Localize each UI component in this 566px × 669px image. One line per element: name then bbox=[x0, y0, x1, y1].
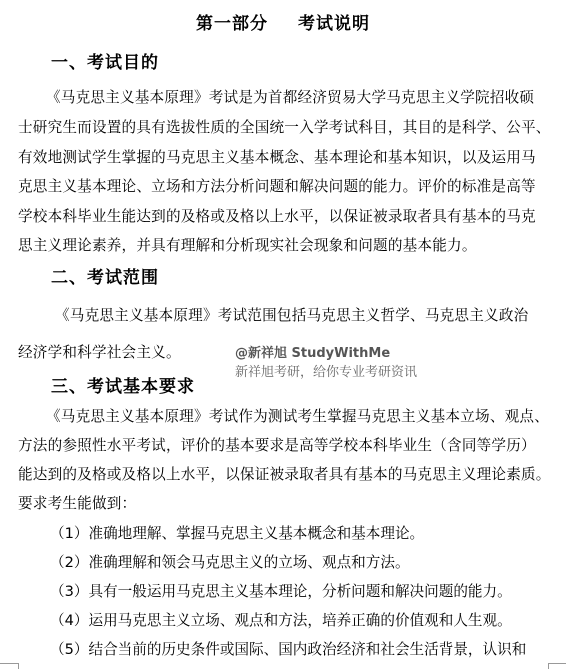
paragraph-line: 有效地测试学生掌握的马克思主义基本概念、基本理论和基本知识，以及运用马 bbox=[18, 146, 536, 167]
section-heading-scope: 二、考试范围 bbox=[51, 263, 159, 288]
paragraph-line: 要求考生能做到： bbox=[18, 492, 136, 513]
list-item: （2）准确理解和领会马克思主义的立场、观点和方法。 bbox=[50, 551, 410, 572]
list-item: （1）准确地理解、掌握马克思主义基本概念和基本理论。 bbox=[50, 522, 424, 543]
paragraph-line: 《马克思主义基本原理》考试是为首都经济贸易大学马克思主义学院招收硕 bbox=[46, 86, 534, 107]
paragraph-line: 克思主义基本理论、立场和方法分析问题和解决问题的能力。评价的标准是高等 bbox=[18, 175, 536, 196]
paragraph-line: 经济学和科学社会主义。 bbox=[18, 341, 181, 362]
page-corner-mark-left bbox=[0, 663, 19, 669]
list-item: （4）运用马克思主义立场、观点和方法，培养正确的价值观和人生观。 bbox=[50, 609, 512, 630]
paragraph-line: 能达到的及格或及格以上水平，以保证被录取者具有基本的马克思主义理论素质。 bbox=[18, 463, 551, 484]
watermark-tagline: 新祥旭考研，给你专业考研资讯 bbox=[235, 363, 417, 382]
watermark-handle: @新祥旭 StudyWithMe bbox=[235, 344, 417, 363]
section-heading-purpose: 一、考试目的 bbox=[51, 48, 159, 73]
list-item: （3）具有一般运用马克思主义基本理论，分析问题和解决问题的能力。 bbox=[50, 580, 512, 601]
paragraph-line: 《马克思主义基本原理》考试作为测试考生掌握马克思主义基本立场、观点、 bbox=[46, 405, 549, 426]
paragraph-line: 士研究生而设置的具有选拔性质的全国统一入学考试科目，其目的是科学、公平、 bbox=[18, 116, 551, 137]
title-name: 考试说明 bbox=[298, 14, 370, 34]
watermark: @新祥旭 StudyWithMe 新祥旭考研，给你专业考研资讯 bbox=[235, 344, 417, 382]
page-corner-mark-right bbox=[548, 663, 566, 669]
page-title: 第一部分考试说明 bbox=[0, 9, 566, 34]
paragraph-line: 学校本科毕业生能达到的及格或及格以上水平，以保证被录取者具有基本的马克 bbox=[18, 205, 536, 226]
paragraph-line: 思主义理论素养，并具有理解和分析现实社会现象和问题的基本能力。 bbox=[18, 234, 477, 255]
title-part: 第一部分 bbox=[196, 14, 268, 34]
list-item: （5）结合当前的历史条件或国际、国内政治经济和社会生活背景，认识和 bbox=[50, 638, 526, 659]
section-heading-requirements: 三、考试基本要求 bbox=[51, 372, 195, 397]
paragraph-line: 方法的参照性水平考试，评价的基本要求是高等学校本科毕业生（含同等学历） bbox=[18, 434, 536, 455]
paragraph-line: 《马克思主义基本原理》考试范围包括马克思主义哲学、马克思主义政治 bbox=[55, 304, 528, 325]
